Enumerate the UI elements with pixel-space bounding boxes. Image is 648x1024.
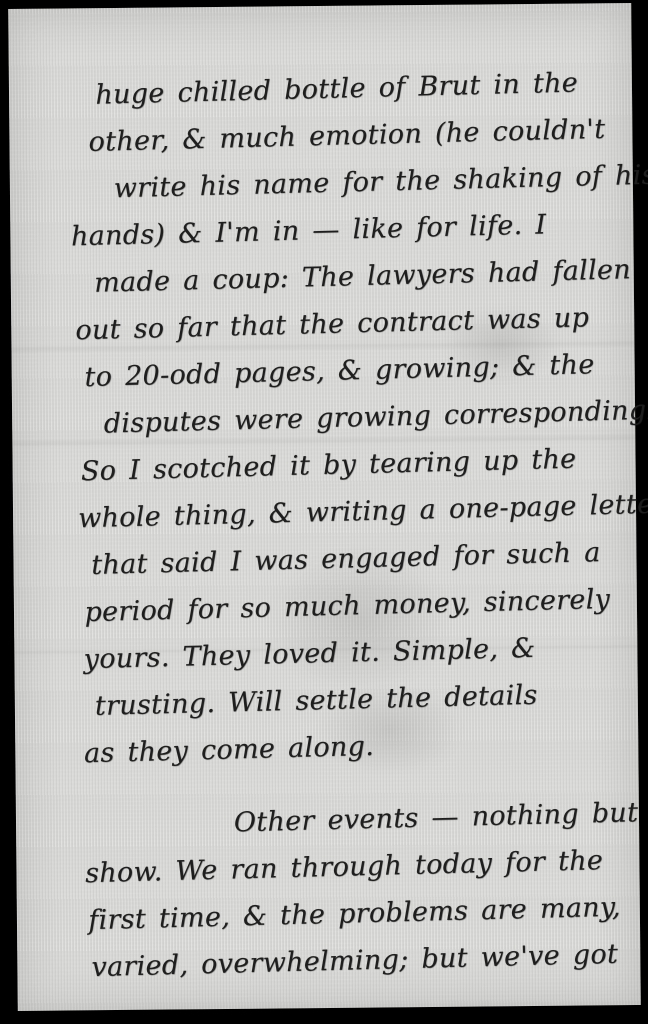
scanner-background: huge chilled bottle of Brut in the other… (0, 0, 648, 1024)
handwriting-block: huge chilled bottle of Brut in the other… (65, 58, 648, 991)
letter-paper: huge chilled bottle of Brut in the other… (8, 3, 641, 1011)
